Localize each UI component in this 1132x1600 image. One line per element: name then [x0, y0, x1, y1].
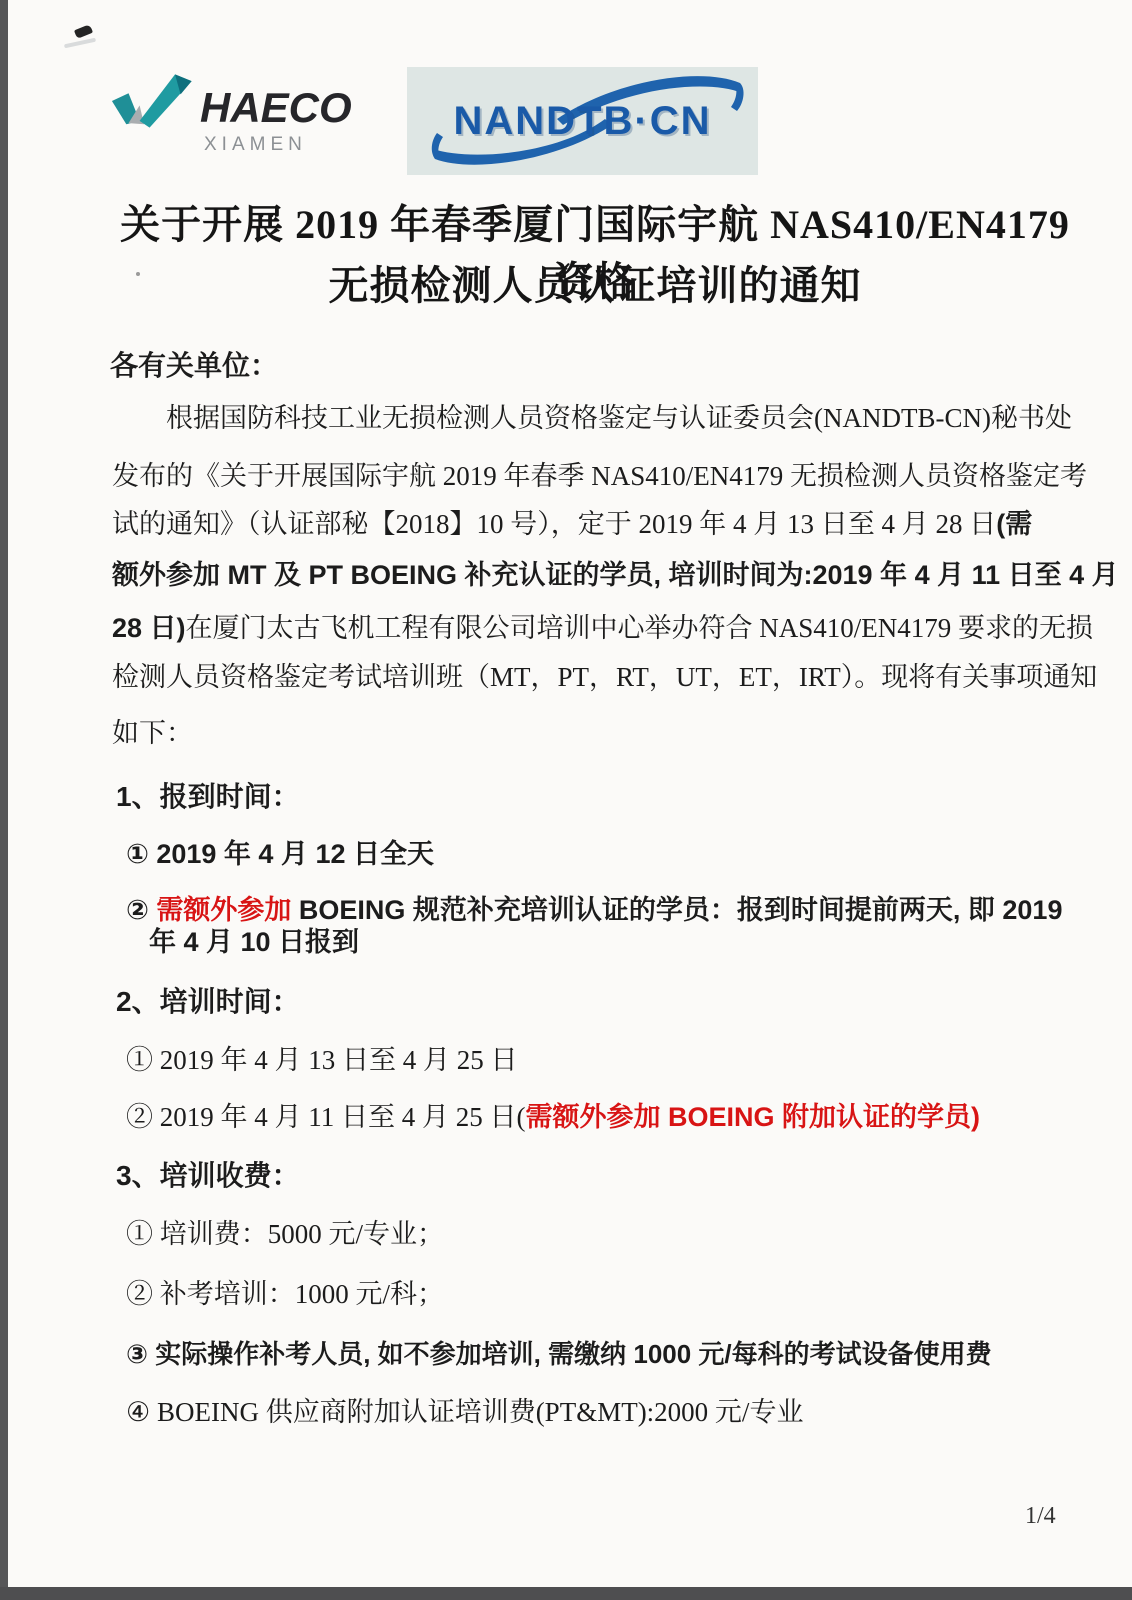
intro-line6: 检测人员资格鉴定考试培训班（MT，PT，RT，UT，ET，IRT）。现将有关事项… — [112, 661, 1097, 695]
ink-smudge — [74, 24, 93, 39]
haeco-subtitle: XIAMEN — [204, 134, 307, 156]
page-number: 1/4 — [1025, 1503, 1056, 1530]
salutation: 各有关单位： — [110, 348, 278, 383]
section1-item1: ① 2019 年 4 月 12 日全天 — [126, 838, 434, 872]
intro-line7: 如下： — [112, 717, 193, 751]
section1-heading: 1、报到时间： — [116, 779, 300, 814]
section3-item4: ④ BOEING 供应商附加认证培训费(PT&MT):2000 元/专业 — [126, 1396, 803, 1430]
section2-item2-black: ② 2019 年 4 月 11 日至 4 月 25 日( — [126, 1102, 526, 1132]
haeco-logo: HAECO XIAMEN — [104, 66, 344, 176]
section1-item2-number: ② — [126, 895, 156, 925]
intro-line3: 试的通知》（认证部秘【2018】10 号），定于 2019 年 4 月 13 日… — [112, 508, 1032, 542]
section2-heading: 2、培训时间： — [116, 984, 300, 1019]
scan-edge-left — [0, 0, 8, 1600]
nandtb-logo: NANDTB·CN — [407, 67, 758, 175]
intro-line1: 根据国防科技工业无损检测人员资格鉴定与认证委员会(NANDTB-CN)秘书处 — [166, 402, 1072, 436]
intro-line2: 发布的《关于开展国际宇航 2019 年春季 NAS410/EN4179 无损检测… — [112, 460, 1087, 494]
section3-heading: 3、培训收费： — [116, 1158, 300, 1193]
scan-edge-bottom — [0, 1587, 1132, 1600]
section1-item2-rest: BOEING 规范补充培训认证的学员：报到时间提前两天, 即 2019 — [291, 895, 1062, 925]
section3-item3: ③ 实际操作补考人员, 如不参加培训, 需缴纳 1000 元/每科的考试设备使用… — [126, 1338, 992, 1371]
section2-item2-red-text: 需额外参加 BOEING 附加认证的学员) — [526, 1102, 981, 1132]
intro-line3-bold: (需 — [996, 509, 1032, 539]
ink-smudge-light — [64, 38, 96, 49]
intro-line5: 28 日)在厦门太古飞机工程有限公司培训中心举办符合 NAS410/EN4179… — [112, 612, 1093, 646]
section1-item2-red-text: 需额外参加 — [156, 895, 291, 925]
nandtb-wordmark: NANDTB·CN — [407, 99, 758, 144]
doc-title-line2: 无损检测人员认证培训的通知 — [120, 254, 1070, 311]
section1-item2-line2: 年 4 月 10 日报到 — [149, 926, 359, 960]
section2-item1: ① 2019 年 4 月 13 日至 4 月 25 日 — [126, 1044, 518, 1078]
intro-line5-bold: 28 日) — [112, 613, 186, 643]
haeco-wing-icon — [108, 70, 200, 132]
section3-item2: ② 补考培训：1000 元/科； — [126, 1278, 444, 1312]
section3-item1: ① 培训费：5000 元/专业； — [126, 1218, 444, 1252]
section1-item2-line1: ② 需额外参加 BOEING 规范补充培训认证的学员：报到时间提前两天, 即 2… — [126, 894, 1062, 928]
intro-line3-regular: 试的通知》（认证部秘【2018】10 号），定于 2019 年 4 月 13 日… — [112, 509, 996, 539]
haeco-wordmark: HAECO — [200, 84, 352, 132]
section2-item2: ② 2019 年 4 月 11 日至 4 月 25 日(需额外参加 BOEING… — [126, 1101, 980, 1135]
scanned-notice-page: HAECO XIAMEN NANDTB·CN 关于开展 2019 年春季厦门国际… — [0, 0, 1132, 1600]
intro-line4: 额外参加 MT 及 PT BOEING 补充认证的学员, 培训时间为:2019 … — [112, 559, 1119, 593]
intro-line5-regular: 在厦门太古飞机工程有限公司培训中心举办符合 NAS410/EN4179 要求的无… — [186, 613, 1094, 643]
